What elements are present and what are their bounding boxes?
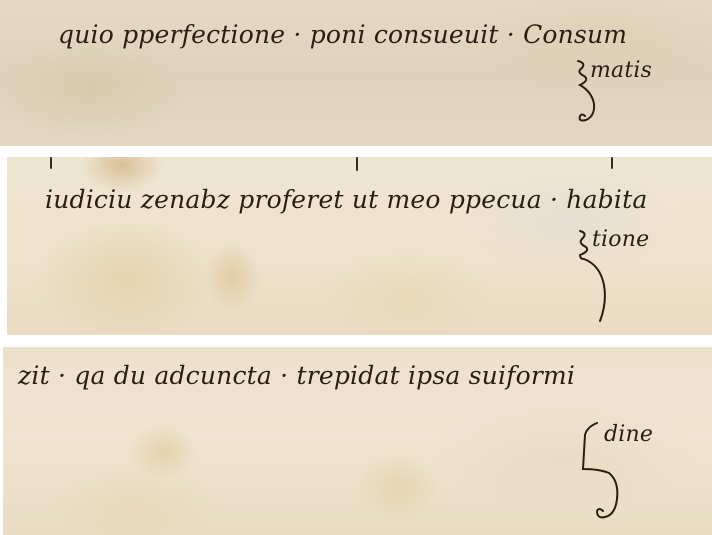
ascender-stroke [50,157,52,169]
manuscript-strip-2: iudiciu zenabz proferet ut meo ppecua · … [7,157,712,335]
manuscript-strip-3: zit · qa du adcuncta · trepidat ipsa sui… [3,347,712,535]
manuscript-line-text: iudiciu zenabz proferet ut meo ppecua · … [45,185,647,214]
turn-under-bracket-icon [574,229,614,329]
ascender-stroke [611,157,613,169]
turn-under-bracket-icon [572,58,602,130]
manuscript-line-text: zit · qa du adcuncta · trepidat ipsa sui… [18,361,575,390]
manuscript-line-text: quio pperfectione · poni consueuit · Con… [58,20,627,49]
ascender-stroke [356,157,358,171]
manuscript-strip-1: quio pperfectione · poni consueuit · Con… [0,0,712,146]
turn-under-hook-icon [573,415,623,525]
